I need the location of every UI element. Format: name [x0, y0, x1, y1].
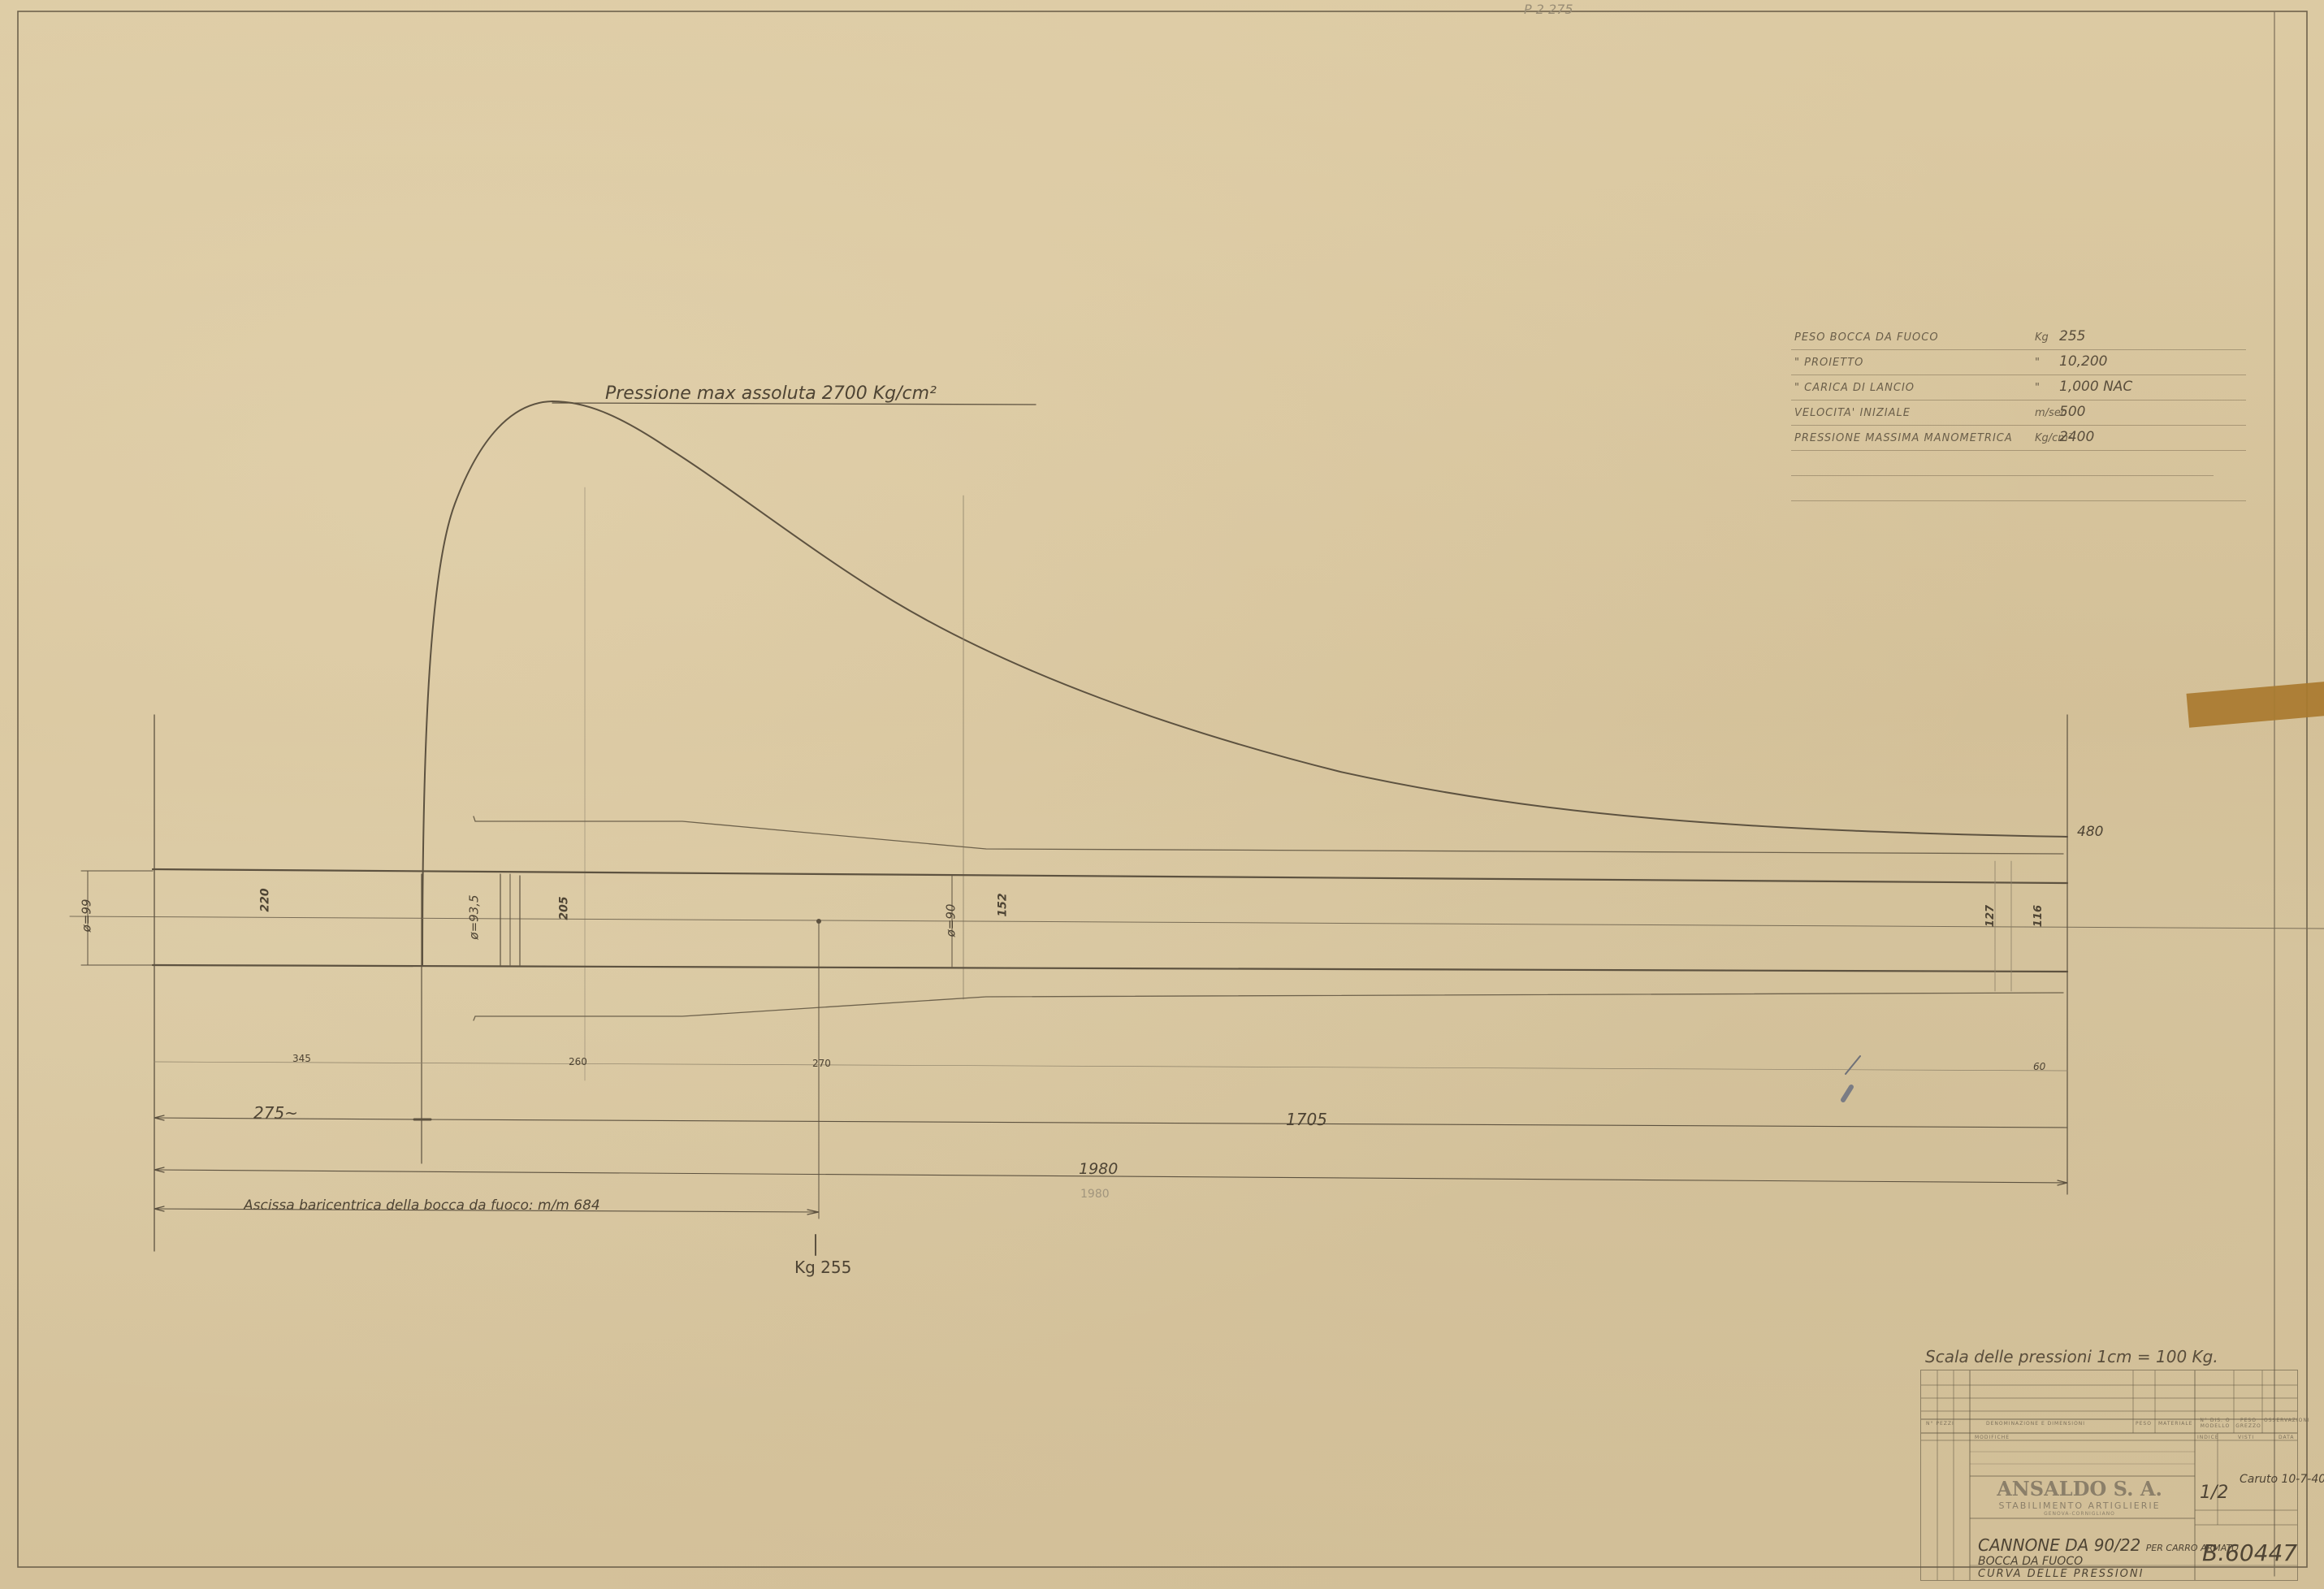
spec-row: Pressione massima manometrica Kg/cm² 240… [1791, 426, 2246, 451]
drawing-title: CANNONE DA 90/22 PER CARRO ARMATO BOCCA … [1978, 1535, 2239, 1580]
diameter-chamber-label: ø=93,5 [467, 894, 482, 939]
spec-row: " carica di lancio " 1,000 NAC [1791, 375, 2246, 400]
section-116-label: 116 [2032, 905, 2045, 927]
barrel-bottom-line [153, 965, 2067, 972]
scale-value: 1/2 [2200, 1483, 2228, 1503]
dim-1980-label: 1980 [1079, 1160, 1118, 1178]
centroid-label: Ascissa baricentrica della bocca da fuoc… [244, 1197, 600, 1214]
sheet-border [18, 11, 2307, 1567]
centroid-weight-label: Kg 255 [794, 1258, 851, 1277]
specifications-table: Peso bocca da fuoco Kg 255 " proietto " … [1791, 325, 2246, 501]
title-block: N° PEZZI DENOMINAZIONE E DIMENSIONI PESO… [1920, 1370, 2298, 1581]
company-stamp: ANSALDO S. A. STABILIMENTO ARTIGLIERIE G… [1970, 1477, 2189, 1517]
section-205-label: 205 [558, 896, 571, 920]
section-220-label: 220 [259, 888, 272, 911]
corner-note: P 2 275 [1524, 2, 1573, 17]
spec-row-empty [1791, 476, 2246, 501]
section-127-label: 127 [1984, 905, 1997, 927]
max-pressure-label: Pressione max assoluta 2700 Kg/cm² [605, 383, 937, 404]
spec-row: " proietto " 10,200 [1791, 350, 2246, 375]
dim-345-label: 345 [292, 1053, 311, 1064]
dim-60-label: 60 [2033, 1061, 2045, 1072]
end-pressure-label: 480 [2077, 824, 2103, 840]
drawing-number: B.60447 [2202, 1539, 2297, 1566]
dim-260-label: 260 [569, 1056, 587, 1067]
dim-1980-faded-label: 1980 [1080, 1188, 1110, 1201]
dim-270-label: 270 [812, 1058, 831, 1069]
pressure-scale-note: Scala delle pressioni 1cm = 100 Kg. [1925, 1347, 2218, 1366]
spec-row: Peso bocca da fuoco Kg 255 [1791, 325, 2246, 350]
dim-1705-label: 1705 [1286, 1110, 1327, 1129]
spec-row-empty [1791, 451, 2214, 476]
diameter-breech-label: ø=99 [79, 899, 93, 933]
spec-row: Velocita' iniziale m/sec 500 [1791, 400, 2246, 426]
diameter-bore-label: ø=90 [943, 904, 958, 937]
modifications-row: MODIFICHE INDICE VISTI DATA [1921, 1435, 2297, 1451]
title-block-header: N° PEZZI DENOMINAZIONE E DIMENSIONI PESO… [1921, 1418, 2297, 1434]
section-152-label: 152 [997, 893, 1010, 916]
drawn-by: Caruto 10-7-40 [2240, 1473, 2324, 1486]
barrel-top-line [153, 869, 2067, 883]
dim-275-label: 275~ [253, 1103, 298, 1123]
